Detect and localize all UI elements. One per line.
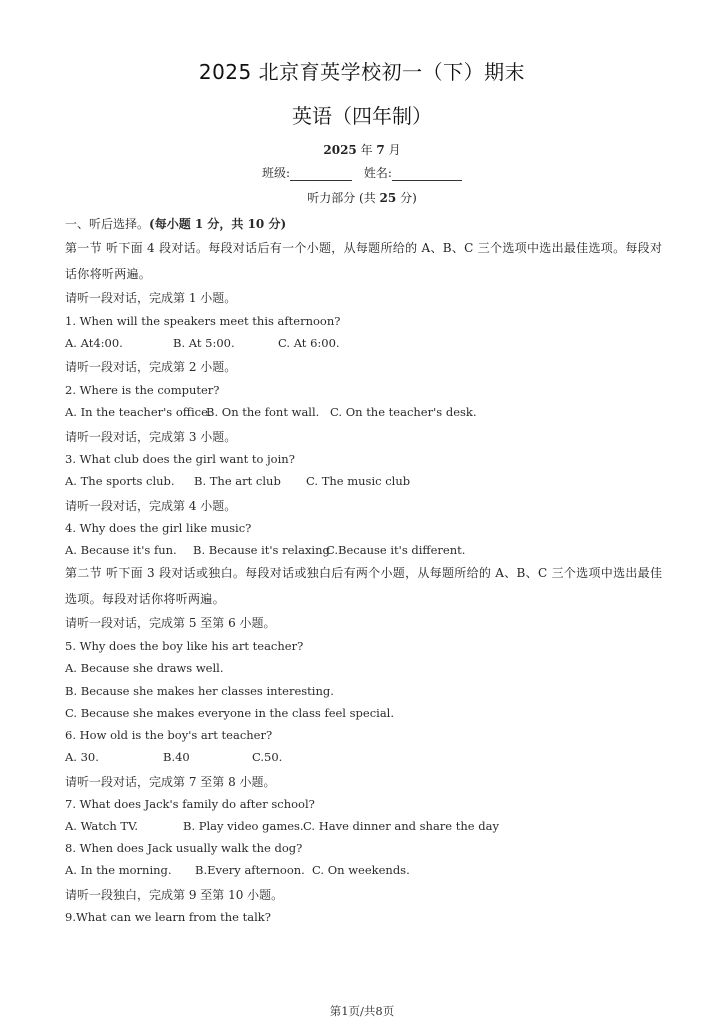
option-a: A. 30. (65, 750, 99, 764)
exam-subtitle: 英语（四年制） (0, 100, 724, 129)
option-b: B.40 (163, 750, 190, 764)
question-2: 2. Where is the computer? (65, 383, 219, 397)
listening-part-heading: 听力部分 (共 25 分) (0, 189, 724, 206)
option-b: B. On the font wall. (206, 405, 319, 419)
question-8: 8. When does Jack usually walk the dog? (65, 841, 302, 855)
instruction-6: 请听一段对话，完成第 7 至第 8 小题。 (65, 773, 276, 790)
part1-intro: 第一节 听下面 4 段对话。每段对话后有一个小题，从每题所给的 A、B、C 三个… (65, 235, 665, 287)
exam-title: 2025 北京育英学校初一（下）期末 (0, 56, 724, 85)
question-6: 6. How old is the boy's art teacher? (65, 728, 272, 742)
option-a: A. In the morning. (65, 863, 172, 877)
option-a: A. In the teacher's office. (65, 405, 212, 419)
question-9: 9.What can we learn from the talk? (65, 910, 271, 924)
option-a: A. Watch TV. (65, 819, 138, 833)
class-blank-field[interactable] (290, 168, 352, 181)
name-blank-field[interactable] (392, 168, 462, 181)
option-b: B.Every afternoon. (195, 863, 305, 877)
section-heading: 一、听后选择。(每小题 1 分，共 10 分) (65, 215, 286, 232)
option-c: C.Because it's different. (326, 543, 465, 557)
instruction-3: 请听一段对话，完成第 3 小题。 (65, 428, 236, 445)
listening-part-suffix: 分) (396, 191, 417, 205)
date-year-unit: 年 (357, 143, 377, 157)
student-info-row: 班级: 姓名: (0, 164, 724, 181)
option-a: A. The sports club. (65, 474, 175, 488)
option-c: C. At 6:00. (278, 336, 340, 350)
option-b: B. The art club (194, 474, 281, 488)
listening-part-score: 25 (380, 191, 397, 205)
option-c: C. Have dinner and share the day (303, 819, 499, 833)
part2-intro: 第二节 听下面 3 段对话或独白。每段对话或独白后有两个小题，从每题所给的 A、… (65, 560, 665, 612)
option-c: C.50. (252, 750, 282, 764)
option-b: B. Play video games. (183, 819, 304, 833)
question-5-option-b: B. Because she makes her classes interes… (65, 684, 334, 698)
date-year: 2025 (323, 143, 356, 157)
section-heading-note: (每小题 1 分，共 10 分) (149, 217, 286, 231)
option-b: B. At 5:00. (173, 336, 235, 350)
question-5-option-a: A. Because she draws well. (65, 661, 223, 675)
option-c: C. On weekends. (312, 863, 410, 877)
option-c: C. The music club (306, 474, 410, 488)
option-a: A. At4:00. (65, 336, 123, 350)
exam-page: 2025 北京育英学校初一（下）期末 英语（四年制） 2025 年 7 月 班级… (0, 0, 724, 1024)
instruction-4: 请听一段对话，完成第 4 小题。 (65, 497, 236, 514)
instruction-5: 请听一段对话，完成第 5 至第 6 小题。 (65, 614, 276, 631)
instruction-7: 请听一段独白，完成第 9 至第 10 小题。 (65, 886, 283, 903)
listening-part-prefix: 听力部分 (共 (307, 191, 379, 205)
exam-date: 2025 年 7 月 (0, 141, 724, 158)
question-3: 3. What club does the girl want to join? (65, 452, 295, 466)
question-1: 1. When will the speakers meet this afte… (65, 314, 340, 328)
option-a: A. Because it's fun. (65, 543, 177, 557)
page-indicator: 第1页/共8页 (0, 1003, 724, 1019)
question-4: 4. Why does the girl like music? (65, 521, 251, 535)
question-7: 7. What does Jack's family do after scho… (65, 797, 315, 811)
class-label: 班级: (262, 166, 290, 180)
instruction-2: 请听一段对话，完成第 2 小题。 (65, 358, 236, 375)
name-label: 姓名: (364, 166, 392, 180)
option-b: B. Because it's relaxing (193, 543, 330, 557)
option-c: C. On the teacher's desk. (330, 405, 477, 419)
question-5-option-c: C. Because she makes everyone in the cla… (65, 706, 394, 720)
section-heading-text: 一、听后选择。 (65, 217, 149, 231)
date-month-unit: 月 (385, 143, 401, 157)
instruction-1: 请听一段对话，完成第 1 小题。 (65, 289, 236, 306)
question-5: 5. Why does the boy like his art teacher… (65, 639, 303, 653)
date-month: 7 (376, 143, 384, 157)
